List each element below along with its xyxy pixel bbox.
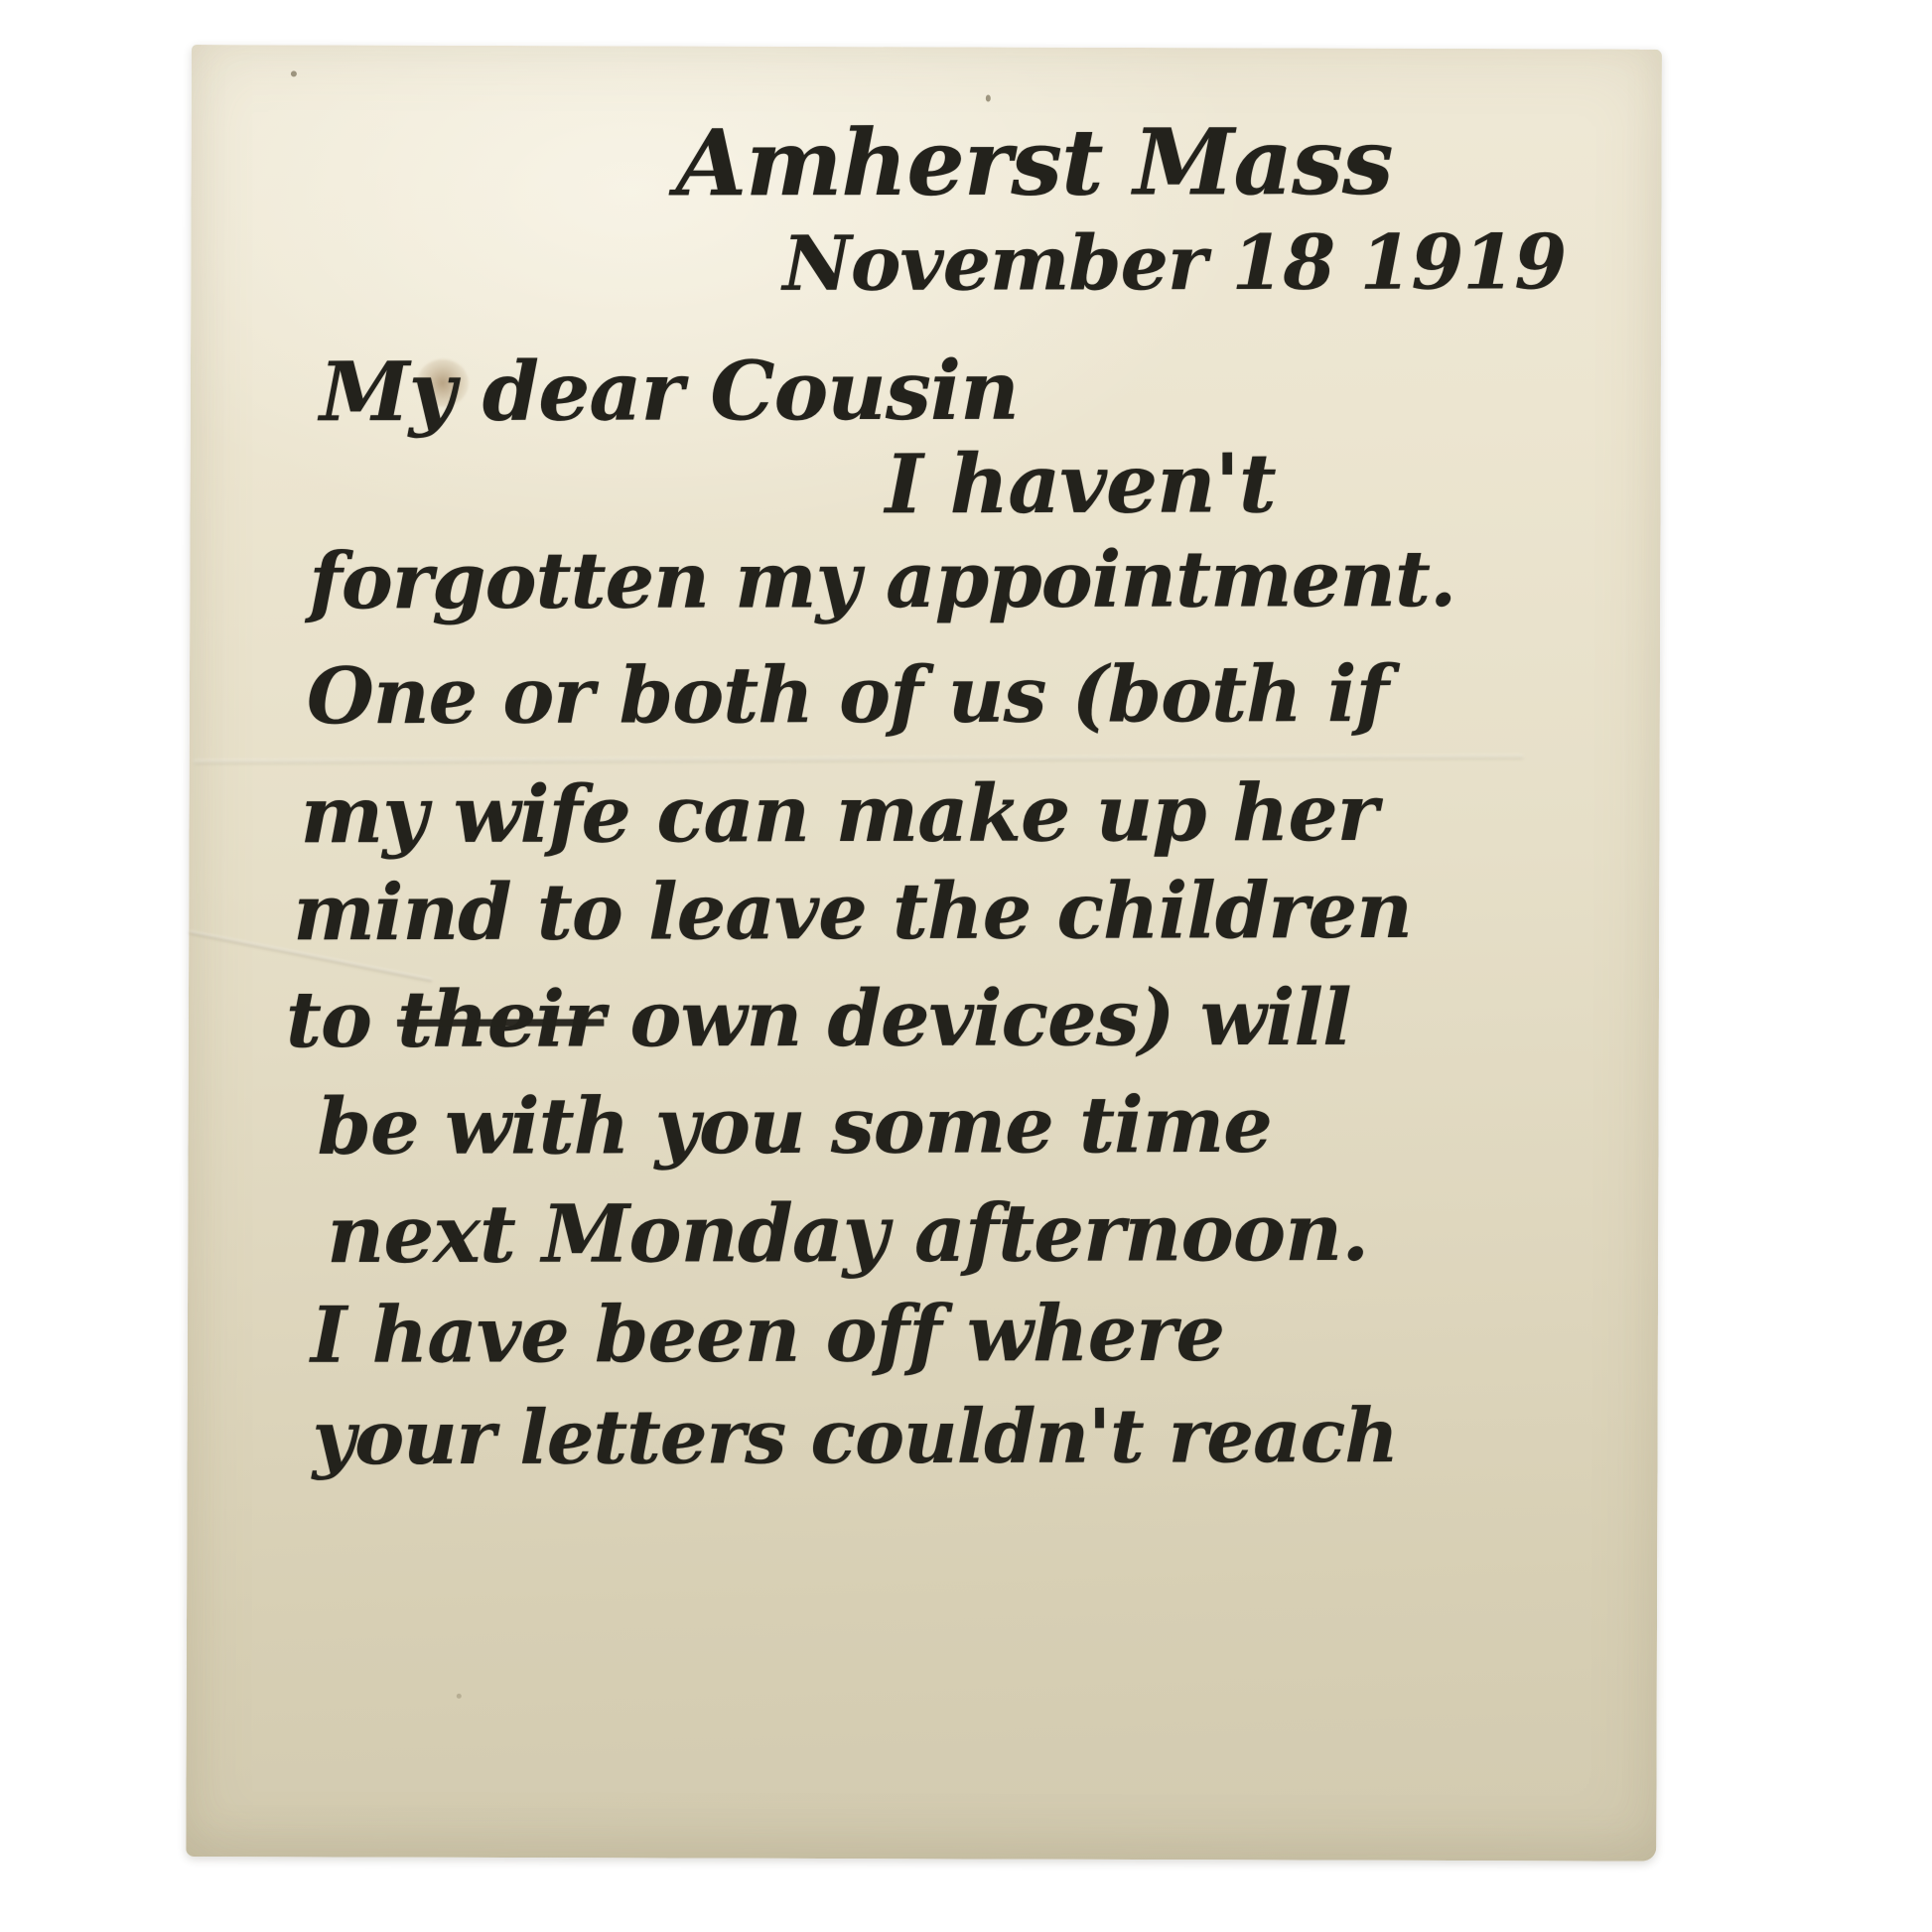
paper-speck bbox=[291, 70, 297, 76]
letter-sheet: Amherst Mass November 18 1919 My dear Co… bbox=[186, 45, 1662, 1862]
paper-fold-crease bbox=[194, 756, 1524, 764]
letter-body-line: my wife can make up her bbox=[300, 766, 1377, 861]
letter-body-line: forgotten my appointment. bbox=[309, 534, 1455, 626]
letter-body-line: One or both of us (both if bbox=[307, 649, 1388, 742]
letter-body-line: your letters couldn't reach bbox=[313, 1392, 1398, 1481]
letter-body-line: mind to leave the children bbox=[293, 866, 1412, 958]
paper-speck bbox=[457, 1694, 462, 1699]
letter-place-line: Amherst Mass bbox=[676, 108, 1393, 217]
letter-date-line: November 18 1919 bbox=[782, 217, 1566, 308]
letter-body-line: I have been off where bbox=[311, 1289, 1224, 1381]
letter-body-line-with-strikethrough: to their own devices) will bbox=[286, 973, 1351, 1065]
letter-body-line: I haven't bbox=[886, 436, 1276, 532]
letter-text-segment: own devices) will bbox=[604, 973, 1351, 1065]
letter-body-line: next Monday afternoon. bbox=[327, 1185, 1368, 1281]
letter-body-line: be with you some time bbox=[317, 1080, 1271, 1173]
photo-background: Amherst Mass November 18 1919 My dear Co… bbox=[0, 0, 1932, 1932]
paper-speck bbox=[986, 95, 991, 102]
letter-salutation: My dear Cousin bbox=[320, 344, 1019, 440]
struck-out-word: their bbox=[397, 974, 604, 1064]
letter-text-segment: to bbox=[286, 975, 397, 1065]
